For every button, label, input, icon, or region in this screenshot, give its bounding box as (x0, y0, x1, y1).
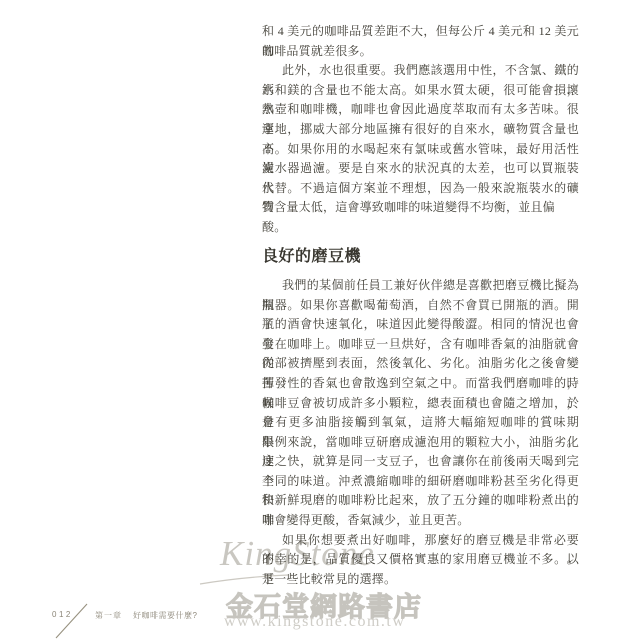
text-line: 舉例來說，當咖啡豆研磨成濾泡用的顆粒大小，油脂劣化速 (262, 433, 579, 453)
kingstone-store-name-watermark: 金石堂網路書店 (226, 585, 422, 624)
text-line: 揮發性的香氣也會散逸到空氣之中。而當我們磨咖啡的時候， (262, 374, 579, 394)
text-line: 會有更多油脂接觸到氧氣，這將大幅縮短咖啡的賞味期限。 (262, 413, 579, 433)
text-line: 瓶器。如果你喜歡喝葡萄酒，自然不會買已開瓶的酒。開了 (262, 296, 579, 316)
text-line: 度之快，就算是同一支豆子，也會讓你在前後兩天喝到完全 (262, 452, 579, 472)
paragraph: 如果你想要煮出好咖啡，那麼好的磨豆機是非常必要的。不幸的是，品質優良又價格實惠的… (262, 531, 579, 590)
text-line: 是一些比較常見的選擇。 (262, 570, 579, 590)
paragraph: 此外，水也很重要。我們應該選用中性，不含氯、鐵的水，鈣和鎂的含量也不能太高。如果… (262, 61, 579, 218)
text-line: 瓶的酒會快速氧化，味道因此變得酸澀。相同的情況也會發 (262, 315, 579, 335)
text-line: 不幸的是，品質優良又價格實惠的家用磨豆機並不多。以下 (262, 550, 579, 570)
text-line: 質含量太低，這會導致咖啡的味道變得不均衡，並且偏酸。 (262, 198, 579, 218)
text-line: 生在咖啡上。咖啡豆一旦烘好，含有咖啡香氣的油脂就會從 (262, 335, 579, 355)
text-line: 鈣和鎂的含量也不能太高。如果水質太硬，很可能會損壞熱 (262, 81, 579, 101)
text-line: 如果你想要煮出好咖啡，那麼好的磨豆機是非常必要的。 (262, 531, 579, 551)
footer-chapter-title: 好咖啡需要什麼? (133, 610, 197, 621)
text-line: 我們的某個前任員工兼好伙伴總是喜歡把磨豆機比擬為開 (262, 276, 579, 296)
page-text-column: 和 4 美元的咖啡品質差距不大，但每公斤 4 美元和 12 美元的咖啡品質就差很… (262, 22, 579, 589)
text-line: 咖啡豆會被切成許多小顆粒，總表面積也會隨之增加，於是 (262, 394, 579, 414)
text-line: 不同的味道。沖煮濃縮咖啡的細研磨咖啡粉甚至劣化得更快， (262, 472, 579, 492)
kingstone-url-watermark: www.kingstone.com.tw (224, 613, 405, 631)
paragraph: 我們的某個前任員工兼好伙伴總是喜歡把磨豆機比擬為開瓶器。如果你喜歡喝葡萄酒，自然… (262, 276, 579, 531)
text-line: 代替。不過這個方案並不理想，因為一般來說瓶裝水的礦物 (262, 179, 579, 199)
text-line: 運地，挪威大部分地區擁有很好的自來水，礦物質含量也不 (262, 120, 579, 140)
text-line: 和 4 美元的咖啡品質差距不大，但每公斤 4 美元和 12 美元的 (262, 22, 579, 42)
text-line: 咖啡品質就差很多。 (262, 42, 579, 62)
text-line: 此外，水也很重要。我們應該選用中性，不含氯、鐵的水， (262, 61, 579, 81)
paragraph: 和 4 美元的咖啡品質差距不大，但每公斤 4 美元和 12 美元的咖啡品質就差很… (262, 22, 579, 61)
section-heading: 良好的磨豆機 (262, 246, 579, 268)
text-line: 水壺和咖啡機，咖啡也會因此過度萃取而有太多苦味。很幸 (262, 100, 579, 120)
footer-chapter-label: 第一章 (95, 610, 122, 621)
text-line: 高。如果你用的水喝起來有氯味或舊水管味，最好用活性炭 (262, 140, 579, 160)
text-line: 內部被擠壓到表面，然後氧化、劣化。油脂劣化之後會變苦， (262, 354, 579, 374)
book-page-scan: KingStone 金石堂網路書店 www.kingstone.com.tw 和… (0, 0, 640, 640)
text-line: 和新鮮現磨的咖啡粉比起來，放了五分鐘的咖啡粉煮出的咖 (262, 491, 579, 511)
footer-slash-divider (54, 602, 90, 640)
text-line: 啡會變得更酸，香氣減少，並且更苦。 (262, 511, 579, 531)
text-line: 濾水器過濾。要是自來水的狀況真的太差，也可以買瓶裝水 (262, 159, 579, 179)
